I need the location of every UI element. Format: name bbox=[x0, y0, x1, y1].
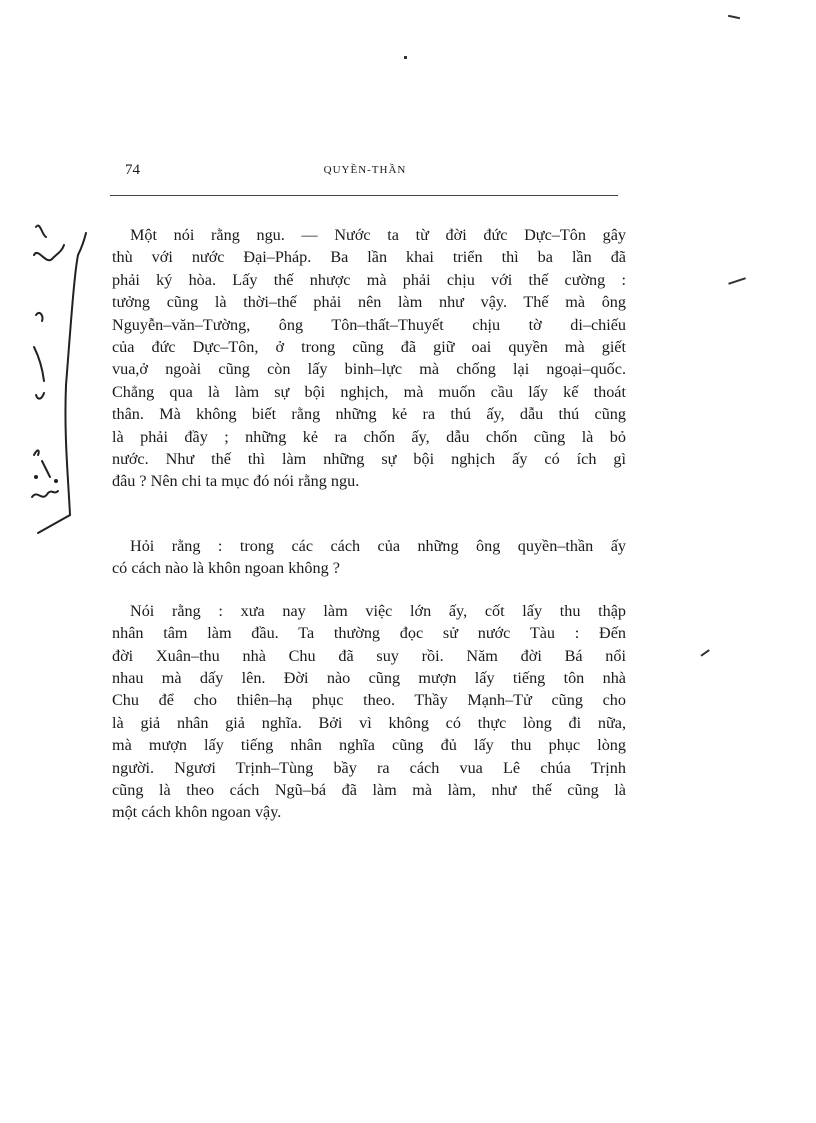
text-line: nhau mà dấy lên. Đời nào cũng mượn lấy t… bbox=[112, 667, 626, 689]
text-line: phải ký hòa. Lấy thế nhược mà phải chịu … bbox=[112, 269, 626, 291]
text-line: mà mượn lấy tiếng nhân nghĩa cũng đủ lấy… bbox=[112, 734, 626, 756]
text-line: thân. Mà không biết rằng những kẻ ra thú… bbox=[112, 403, 626, 425]
text-line: vua,ở ngoài cũng còn lấy binh–lực mà chố… bbox=[112, 358, 626, 380]
page-speck bbox=[700, 649, 709, 656]
text-line: đâu ? Nên chi ta mục đó nói rằng ngu. bbox=[112, 470, 626, 492]
text-line: là giả nhân giả nghĩa. Bởi vì không có t… bbox=[112, 712, 626, 734]
text-line: Chẳng qua là làm sự bội nghịch, mà muốn … bbox=[112, 381, 626, 403]
page-speck bbox=[728, 277, 746, 284]
text-line: một cách khôn ngoan vậy. bbox=[112, 801, 626, 823]
text-line: thù với nước Đại–Pháp. Ba lần khai triển… bbox=[112, 246, 626, 268]
page-header: 74 QUYỀN-THẦN bbox=[110, 160, 620, 182]
document-body: Một nói rằng ngu. — Nước ta từ đời đức D… bbox=[112, 224, 626, 824]
running-title: QUYỀN-THẦN bbox=[110, 164, 620, 176]
text-line: đời Xuân–thu nhà Chu đã suy rồi. Năm đời… bbox=[112, 645, 626, 667]
text-line: là phải đầy ; những kẻ ra chốn ấy, dẫu c… bbox=[112, 426, 626, 448]
text-line: cũng là theo cách Ngũ–bá đã làm mà làm, … bbox=[112, 779, 626, 801]
paragraph-ngu: Một nói rằng ngu. — Nước ta từ đời đức D… bbox=[112, 224, 626, 493]
text-line: Nguyễn–văn–Tường, ông Tôn–thất–Thuyết ch… bbox=[112, 314, 626, 336]
text-line: người. Ngươi Trịnh–Tùng bầy ra cách vua … bbox=[112, 757, 626, 779]
text-line: của đức Dực–Tôn, ở trong cũng đã giữ oai… bbox=[112, 336, 626, 358]
text-line: nhân tâm làm đầu. Ta thường đọc sử nước … bbox=[112, 622, 626, 644]
text-line: nước. Như thế thì làm những sự bội nghịc… bbox=[112, 448, 626, 470]
text-line: Chu để cho thiên–hạ phục theo. Thầy Mạnh… bbox=[112, 689, 626, 711]
page-speck bbox=[404, 56, 407, 59]
page-speck bbox=[728, 15, 740, 19]
text-line: Hỏi rằng : trong các cách của những ông … bbox=[112, 535, 626, 557]
text-line: Nói rằng : xưa nay làm việc lớn ấy, cốt … bbox=[112, 600, 626, 622]
text-line: Một nói rằng ngu. — Nước ta từ đời đức D… bbox=[112, 224, 626, 246]
text-line: tưởng cũng là thời–thế phải nên làm như … bbox=[112, 291, 626, 313]
text-line: có cách nào là khôn ngoan không ? bbox=[112, 557, 626, 579]
paragraph-question: Hỏi rằng : trong các cách của những ông … bbox=[112, 535, 626, 580]
header-rule bbox=[110, 195, 618, 196]
handwritten-margin-note-icon bbox=[28, 215, 108, 545]
paragraph-answer: Nói rằng : xưa nay làm việc lớn ấy, cốt … bbox=[112, 600, 626, 824]
